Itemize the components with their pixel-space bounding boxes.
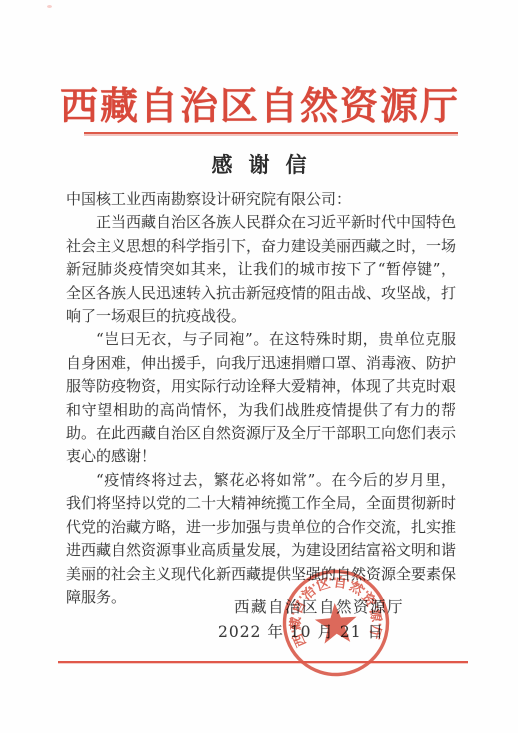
letterhead-rule bbox=[84, 132, 458, 134]
paragraph-3: “疫情终将过去，繁花必将如常”。在今后的岁月里，我们将坚持以党的二十大精神统揽工… bbox=[66, 469, 456, 609]
letter-title: 感谢信 bbox=[0, 149, 518, 179]
salutation: 中国核工业西南勘察设计研究院有限公司： bbox=[66, 188, 456, 211]
footer-rule bbox=[58, 661, 468, 663]
official-seal-stamp: 西藏自治区自然资源厅 bbox=[276, 563, 396, 683]
scanned-letter-page: 西藏自治区自然资源厅 感谢信 中国核工业西南勘察设计研究院有限公司： 正当西藏自… bbox=[0, 0, 518, 733]
paragraph-1: 正当西藏自治区各族人民群众在习近平新时代中国特色社会主义思想的科学指引下，奋力建… bbox=[66, 211, 456, 328]
seal-star-icon bbox=[314, 602, 358, 645]
scan-artifact bbox=[47, 5, 52, 8]
paragraph-2: “岂曰无衣，与子同袍”。在这特殊时期，贵单位克服自身困难，伸出援手，向我厅迅速捐… bbox=[66, 328, 456, 468]
letter-body: 中国核工业西南勘察设计研究院有限公司： 正当西藏自治区各族人民群众在习近平新时代… bbox=[66, 188, 456, 609]
letterhead-org-name: 西藏自治区自然资源厅 bbox=[0, 84, 518, 128]
